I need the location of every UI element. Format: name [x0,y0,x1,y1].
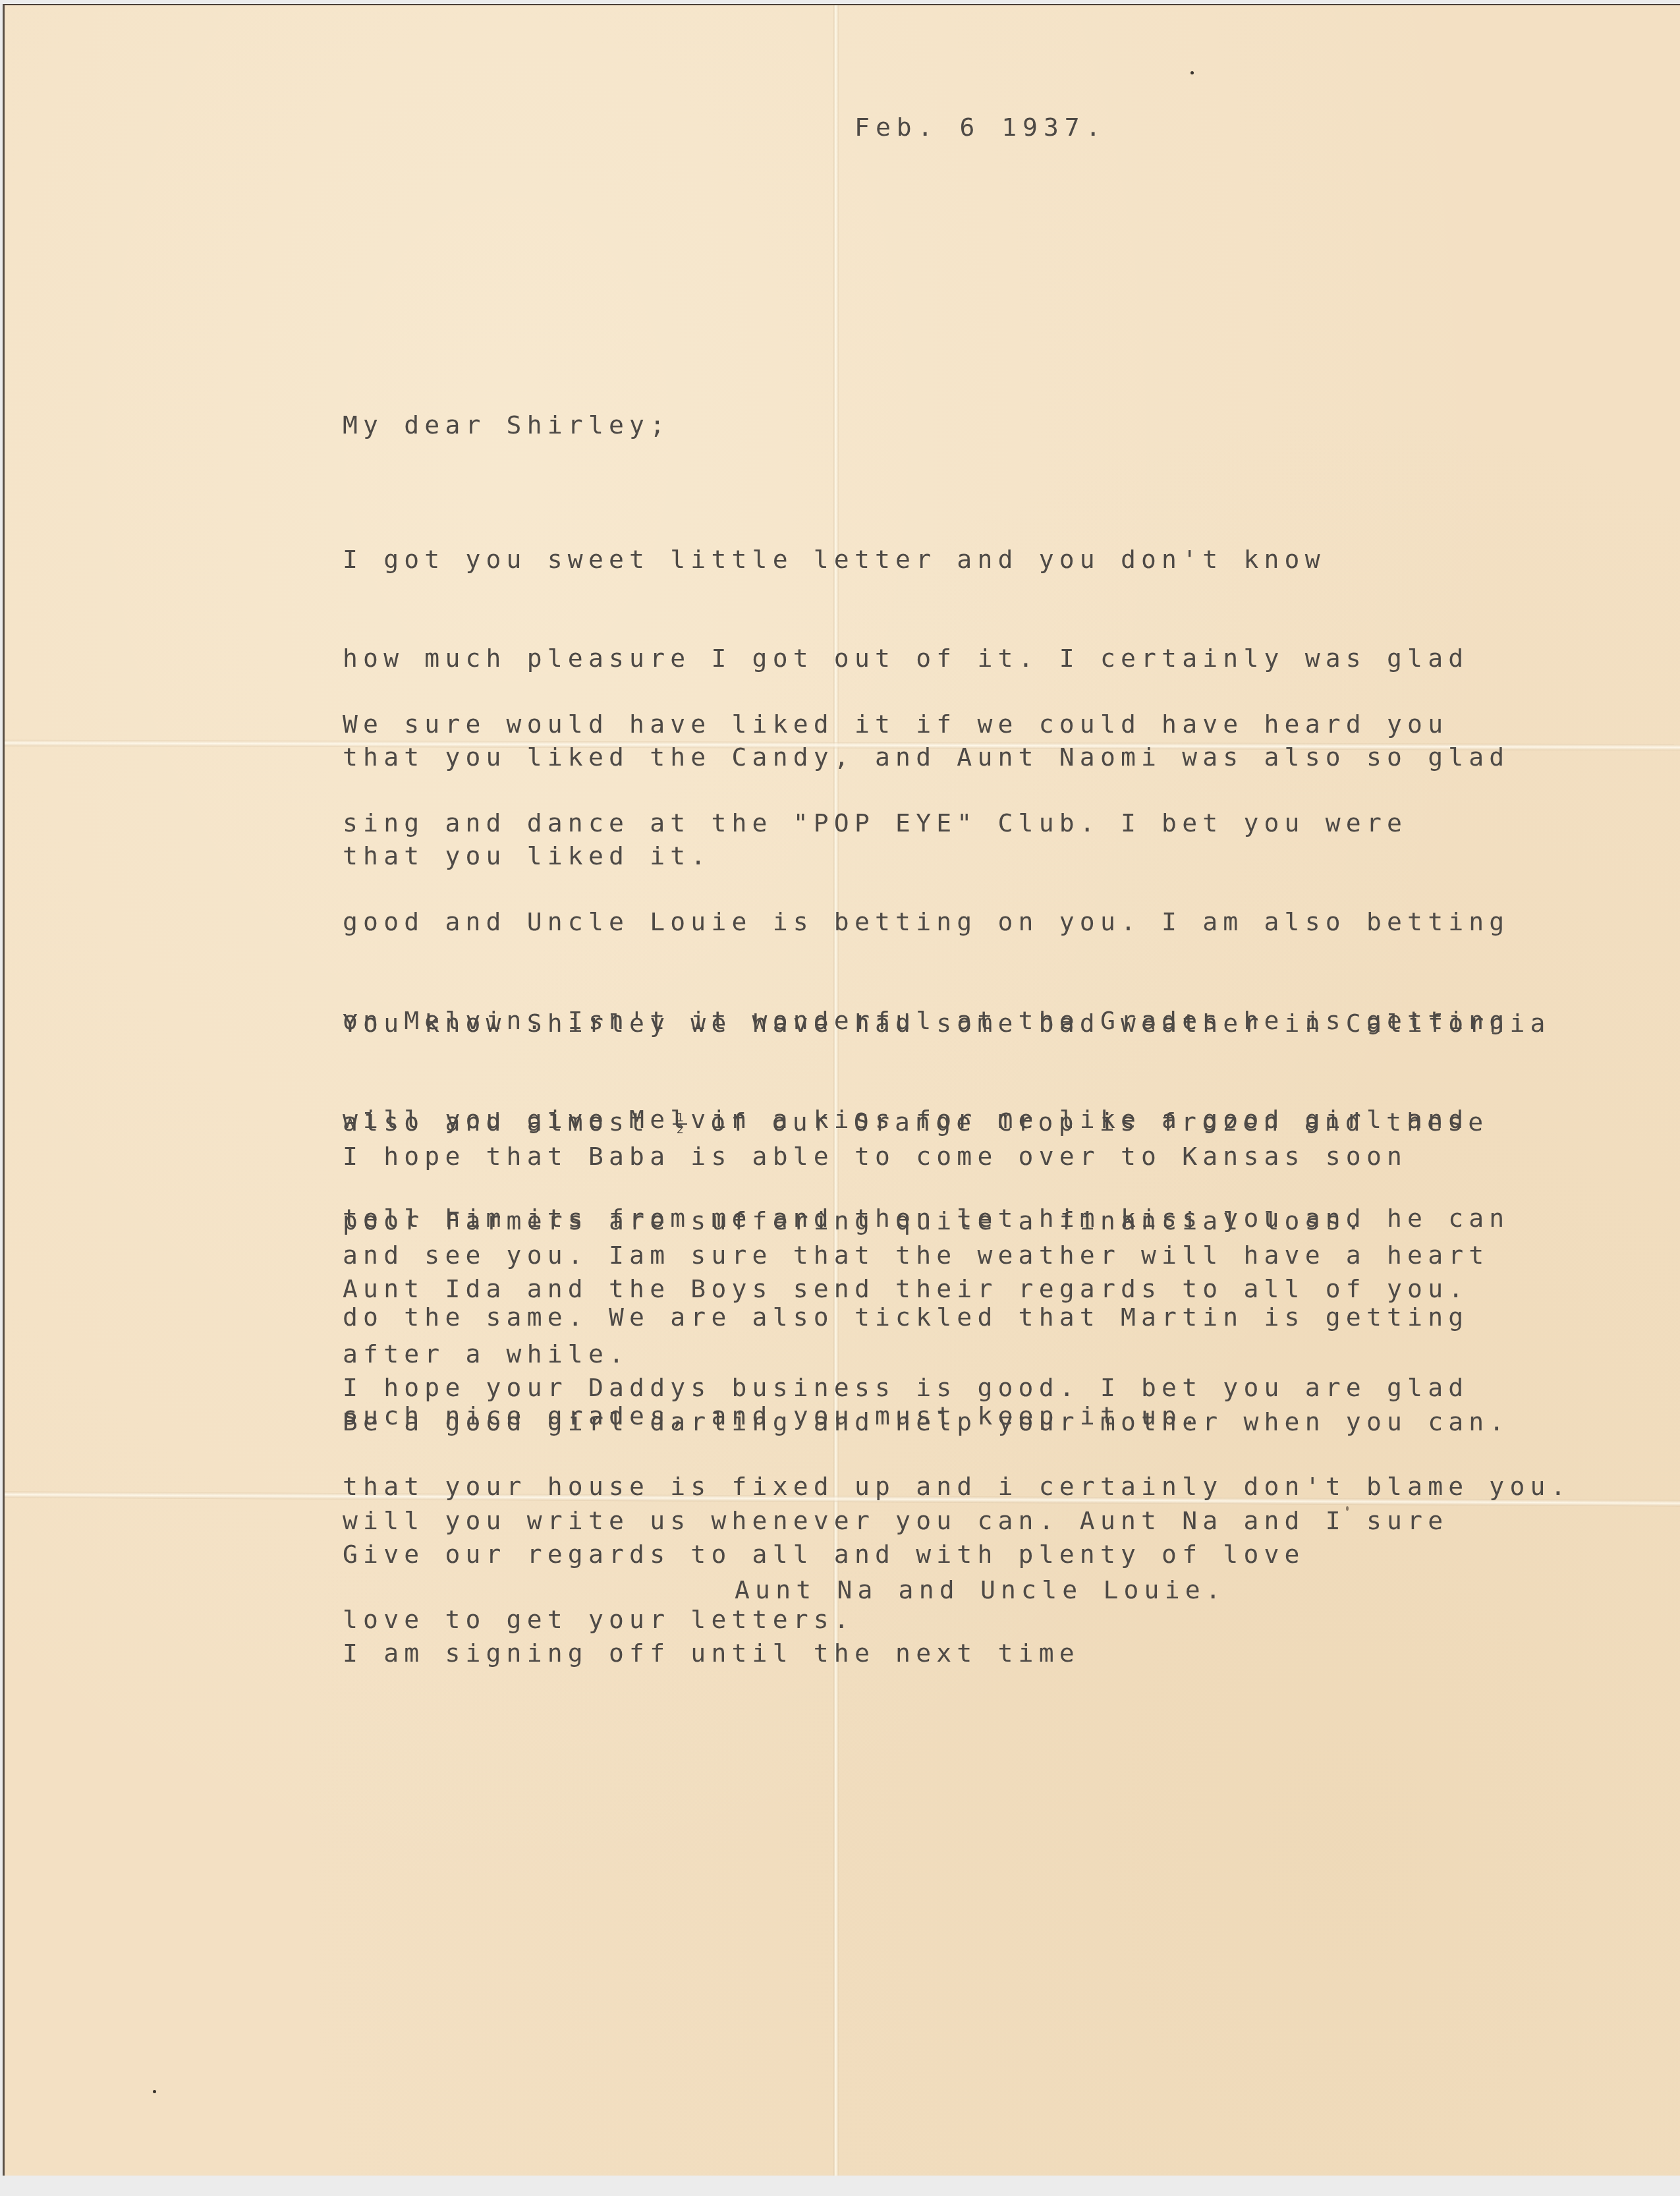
paragraph-line: Give our regards to all and with plenty … [343,1538,1305,1571]
paragraph-line: You know Shirley we have had some bad we… [343,1007,1551,1040]
paragraph-line: Aunt Ida and the Boys send their regards… [343,1272,1571,1305]
paragraph-line: We sure would have liked it if we could … [343,708,1509,741]
paragraph-line: Be a good girl darling and help your mot… [343,1405,1509,1438]
paper-speck [153,2090,156,2093]
paper-speck [1190,71,1194,74]
paragraph-line: sing and dance at the "POP EYE" Club. I … [343,806,1509,839]
paragraph-line: good and Uncle Louie is betting on you. … [343,905,1509,938]
letter-signature: Aunt Na and Uncle Louie. [735,1573,1226,1606]
paragraph-line: I got you sweet little letter and you do… [343,543,1509,576]
letter-page: Feb. 6 1937. My dear Shirley; I got you … [3,4,1680,2176]
letter-salutation: My dear Shirley; [343,408,670,441]
paragraph-line: I hope that Baba is able to come over to… [343,1140,1489,1173]
paragraph-line: I am signing off until the next time [343,1637,1305,1670]
letter-date: Feb. 6 1937. [854,111,1107,144]
